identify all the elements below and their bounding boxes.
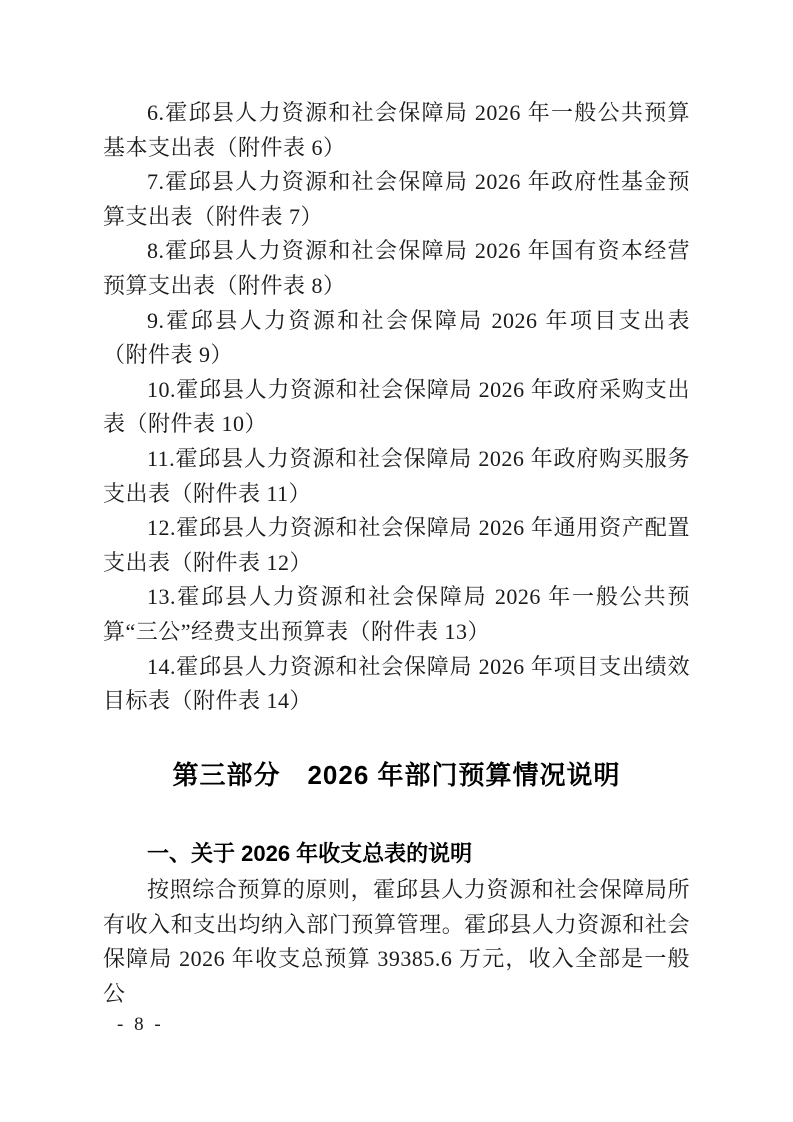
attachment-list-item-7: 7.霍邱县人力资源和社会保障局 2026 年政府性基金预算支出表（附件表 7） — [103, 165, 690, 234]
section-heading: 第三部分 2026 年部门预算情况说明 — [103, 755, 690, 795]
attachment-list-item-13: 13.霍邱县人力资源和社会保障局 2026 年一般公共预算“三公”经费支出预算表… — [103, 580, 690, 649]
document-content: 6.霍邱县人力资源和社会保障局 2026 年一般公共预算基本支出表（附件表 6）… — [103, 96, 690, 1012]
subsection-heading: 一、关于 2026 年收支总表的说明 — [103, 837, 690, 872]
attachment-list-item-8: 8.霍邱县人力资源和社会保障局 2026 年国有资本经营预算支出表（附件表 8） — [103, 234, 690, 303]
page-number: - 8 - — [117, 1013, 164, 1037]
attachment-list-item-6: 6.霍邱县人力资源和社会保障局 2026 年一般公共预算基本支出表（附件表 6） — [103, 96, 690, 165]
body-paragraph: 按照综合预算的原则，霍邱县人力资源和社会保障局所有收入和支出均纳入部门预算管理。… — [103, 873, 690, 1011]
attachment-list-item-11: 11.霍邱县人力资源和社会保障局 2026 年政府购买服务支出表（附件表 11） — [103, 442, 690, 511]
attachment-list-item-9: 9.霍邱县人力资源和社会保障局 2026 年项目支出表（附件表 9） — [103, 304, 690, 373]
attachment-list-item-12: 12.霍邱县人力资源和社会保障局 2026 年通用资产配置支出表（附件表 12） — [103, 511, 690, 580]
attachment-list-item-10: 10.霍邱县人力资源和社会保障局 2026 年政府采购支出表（附件表 10） — [103, 373, 690, 442]
attachment-list-item-14: 14.霍邱县人力资源和社会保障局 2026 年项目支出绩效目标表（附件表 14） — [103, 650, 690, 719]
document-page: 6.霍邱县人力资源和社会保障局 2026 年一般公共预算基本支出表（附件表 6）… — [0, 0, 793, 1122]
